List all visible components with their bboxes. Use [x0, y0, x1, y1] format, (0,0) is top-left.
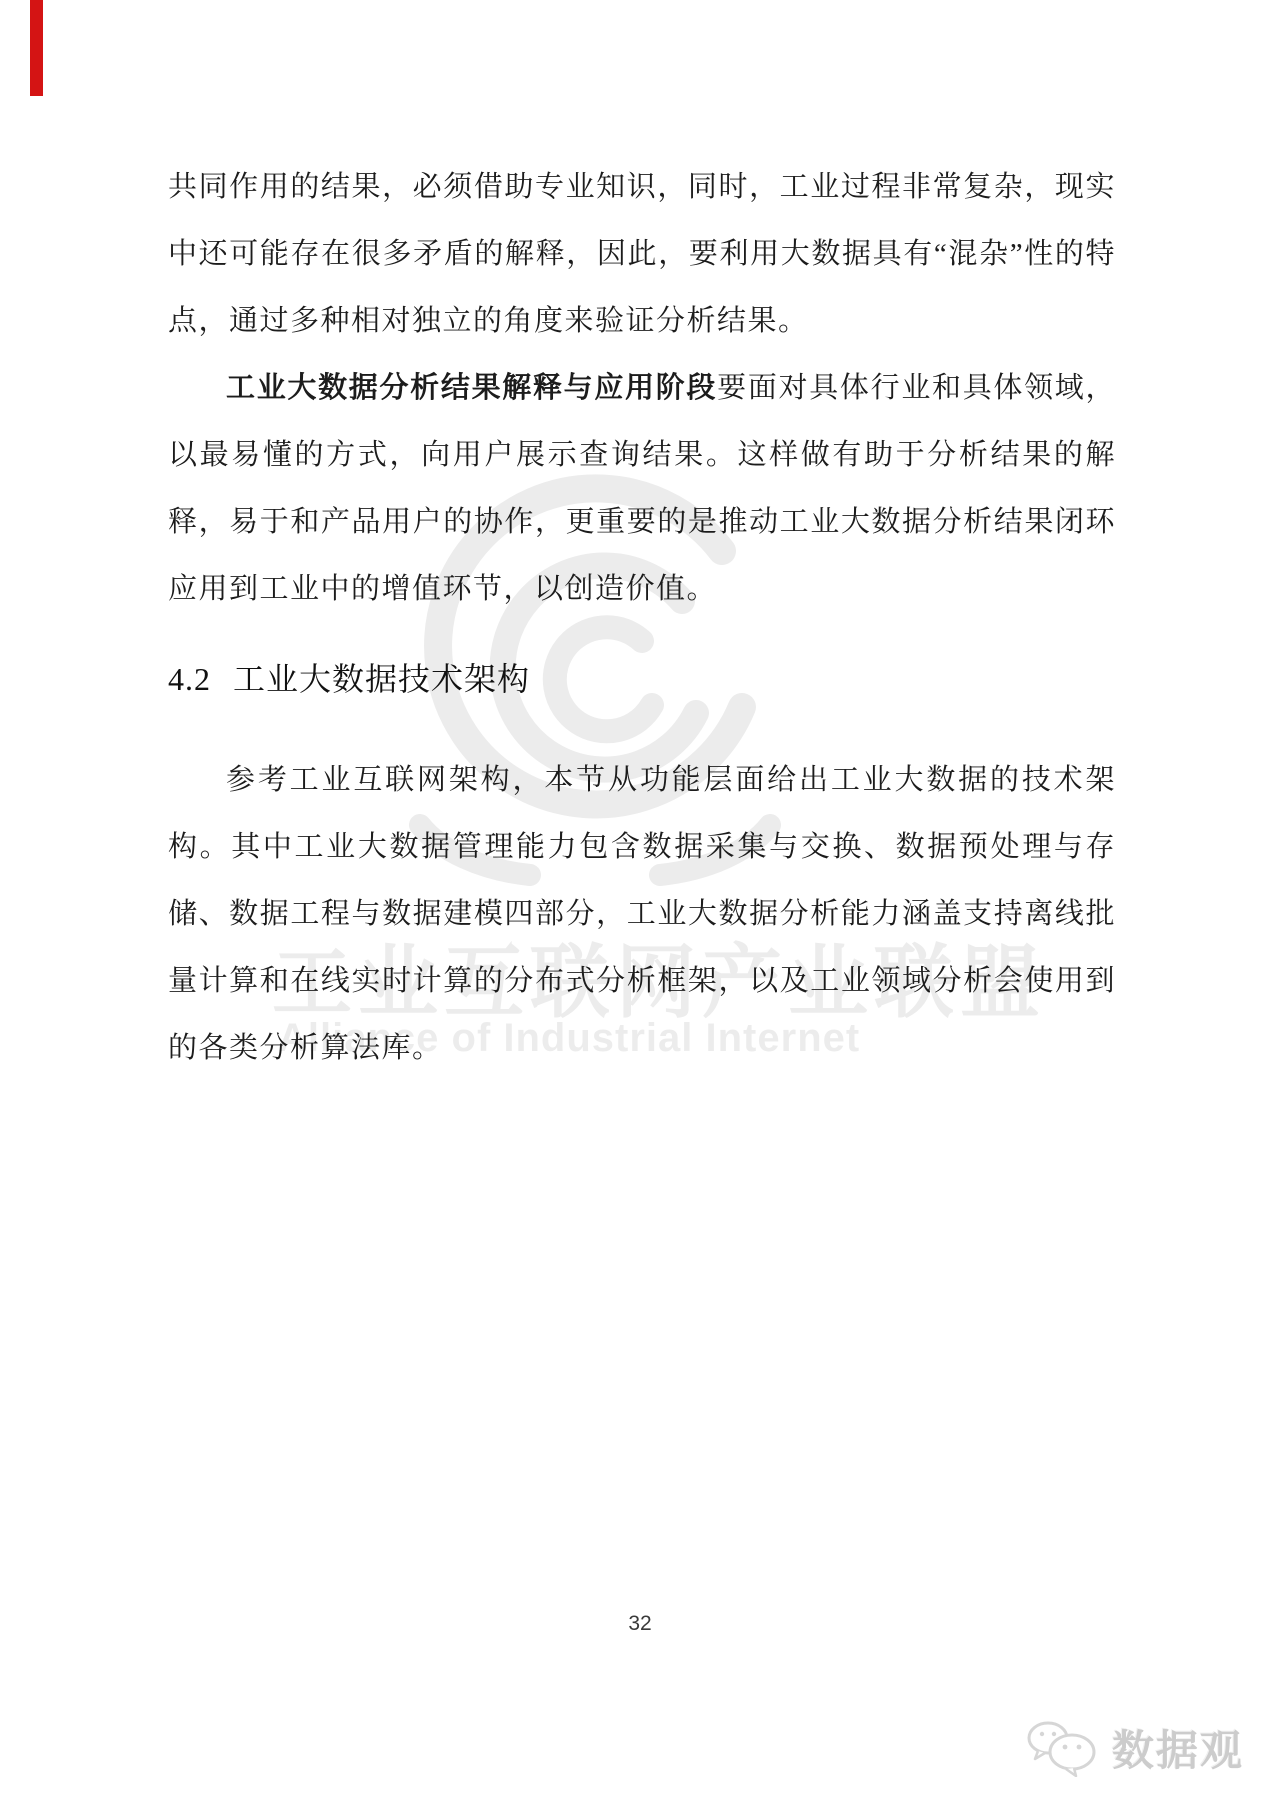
page-number: 32 [0, 1612, 1280, 1636]
brand-name: 数据观 [1112, 1718, 1244, 1778]
paragraph-3: 参考工业互联网架构，本节从功能层面给出工业大数据的技术架构。其中工业大数据管理能… [168, 747, 1116, 1082]
section-heading: 4.2工业大数据技术架构 [168, 655, 1116, 703]
section-heading-number: 4.2 [168, 661, 211, 697]
paragraph-2: 工业大数据分析结果解释与应用阶段要面对具体行业和具体领域，以最易懂的方式，向用户… [168, 355, 1116, 623]
paragraph-1-text: 共同作用的结果，必须借助专业知识，同时，工业过程非常复杂，现实中还可能存在很多矛… [168, 171, 1116, 337]
section-heading-title: 工业大数据技术架构 [233, 661, 530, 697]
paragraph-2-text: 要面对具体行业和具体领域，以最易懂的方式，向用户展示查询结果。这样做有助于分析结… [168, 372, 1116, 605]
red-accent-bar [30, 0, 43, 96]
paragraph-3-text: 参考工业互联网架构，本节从功能层面给出工业大数据的技术架构。其中工业大数据管理能… [168, 764, 1116, 1064]
paragraph-1: 共同作用的结果，必须借助专业知识，同时，工业过程非常复杂，现实中还可能存在很多矛… [168, 154, 1116, 355]
chat-bubbles-icon [1024, 1719, 1098, 1777]
brand-logo: 数据观 [1024, 1718, 1244, 1778]
document-page: 工业互联网产业联盟 Alliance of Industrial Interne… [0, 0, 1280, 1809]
paragraph-2-bold-lead: 工业大数据分析结果解释与应用阶段 [226, 372, 717, 404]
page-content: 共同作用的结果，必须借助专业知识，同时，工业过程非常复杂，现实中还可能存在很多矛… [168, 154, 1116, 1082]
